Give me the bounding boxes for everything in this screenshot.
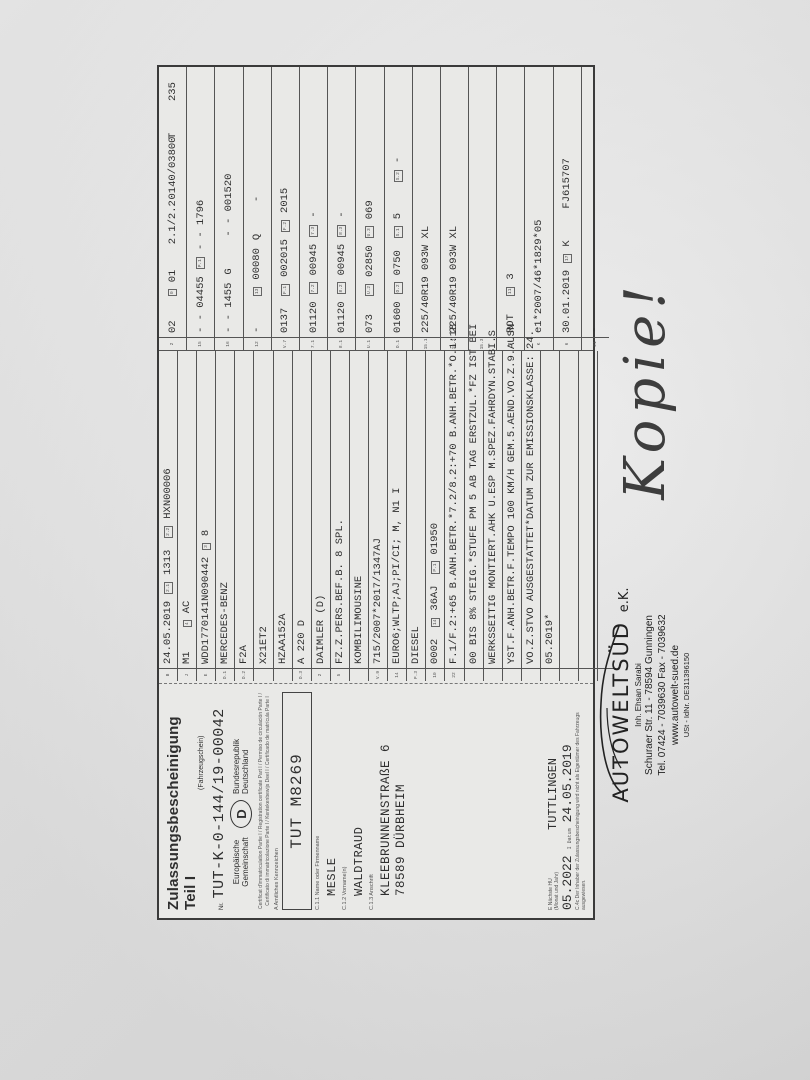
country-row: Europäische Gemeinschaft D Bundesrepubli… <box>230 692 252 890</box>
table-row: EWDD1770141N09044238 <box>197 351 216 681</box>
subfield-code: U.3 <box>365 226 374 238</box>
field-value: - <box>244 168 271 206</box>
dealer-website: www.autowelt-sued.de <box>670 570 682 820</box>
subfield-code: 7.2 <box>309 282 318 294</box>
field-code <box>254 668 272 681</box>
field-code: 15.3 <box>469 337 496 350</box>
document-header-panel: Zulassungsbescheinigung Teil I (Fahrzeug… <box>159 683 593 918</box>
subfield-code: 0 <box>168 289 177 296</box>
field-code: D.1 <box>216 668 234 681</box>
field-value: 01600 <box>385 297 412 337</box>
field-value: 2.1/2.2 <box>159 204 186 249</box>
subfield-code: 2.2 <box>164 526 173 538</box>
table-row: 15.1225/40R19 093W XL <box>413 67 441 350</box>
subfield-code: 17 <box>563 254 572 263</box>
dealer-phone: Tel. 07424 - 7039630 Fax - 7039632 <box>657 570 669 820</box>
field-value: 30.01.2019 <box>554 266 581 337</box>
field-code: V.9 <box>369 668 387 681</box>
holder-first-name-label: C.1.2 Vorname(n) <box>342 692 348 910</box>
field-value: 02 <box>159 299 186 337</box>
field-code: 10 <box>426 668 444 681</box>
table-row: X21ET2 <box>254 351 273 681</box>
dealer-suffix: e.K. <box>617 587 632 612</box>
document-number-label: Nr. <box>219 902 225 910</box>
field-value: 0750 <box>385 241 412 279</box>
handwritten-copy-note: Kopie! <box>590 255 700 525</box>
field-value: F2A <box>235 641 253 668</box>
field-value: 3 <box>497 246 524 284</box>
field-value: A 220 D <box>293 616 311 668</box>
subfield-code: 8.3 <box>337 225 346 237</box>
registration-certificate: Zulassungsbescheinigung Teil I (Fahrzeug… <box>157 65 595 920</box>
field-value: X21ET2 <box>254 622 272 668</box>
subfield-code: U.2 <box>365 284 374 296</box>
dealer-address: Schuraer Str. 11 - 78594 Gunningen <box>644 570 656 820</box>
inspection-issue-block: E Nächste HU (Monat und Jahr) TUTTLINGEN… <box>546 692 587 910</box>
table-row: 2020012.1/2.20140/03800T235 <box>159 67 187 350</box>
field-code: 22 <box>445 668 463 681</box>
table-row: B24.05.20192.113132.2HXN00006 <box>159 351 178 681</box>
field-code <box>560 668 578 681</box>
multilingual-fineprint: Certificat d'immatriculation Partie I / … <box>258 692 271 910</box>
vehicle-table-left: B24.05.20192.113132.2HXN00006JM14ACEWDD1… <box>159 350 593 681</box>
field-code <box>465 668 483 681</box>
handwriting-text: Kopie! <box>590 255 700 525</box>
table-row: 00 BIS 8% STEIG.*STUFE PM 5 AB TAG ERSTZ… <box>465 351 484 681</box>
field-value: DIESEL <box>407 622 425 668</box>
field-value: YST.F.ANH.BETR.F.TEMPO 100 KM/H GEM.5.AE… <box>503 320 521 668</box>
subfield-code: 2.1 <box>164 582 173 594</box>
field-value: 24.05.2019 <box>159 597 177 668</box>
holder-first-name: WALDTRAUD <box>352 692 366 896</box>
table-row: 7.1011207.2009457.3- <box>300 67 328 350</box>
field-value: e1*2007/46*1829*05 <box>525 216 552 337</box>
table-row <box>560 351 579 681</box>
field-value: HZAA152A <box>274 610 292 668</box>
field-value: - - 04455 <box>187 272 214 337</box>
table-row: 22F.1/F.2:+65 B.ANH.BETR.*7.2/8.2:+70 B.… <box>445 351 464 681</box>
field-value: - - 1455 <box>215 279 242 337</box>
holder-name: MESLE <box>325 692 339 896</box>
table-row: RROT113 <box>497 67 525 350</box>
document-number-row: Nr. TUT-K-0-144/19-00042 <box>211 692 228 910</box>
subfield-code: 4 <box>183 620 192 627</box>
subfield-code: 8.2 <box>337 282 346 294</box>
field-code: D.3 <box>293 668 311 681</box>
table-row: KOMBILIMOUSINE <box>350 351 369 681</box>
eu-label: Europäische Gemeinschaft <box>232 834 250 890</box>
field-value: WERKSSEITIG MONTIERT.AHK U.ESP M.SPEZ.FA… <box>484 326 502 668</box>
table-row: V.70137F.1002015F.22015 <box>272 67 300 350</box>
field-value: M1 <box>178 630 196 668</box>
dealer-vat-id: USt - IdNr. DE311396150 <box>682 570 691 820</box>
field-value: AC <box>178 579 196 617</box>
table-row: 16- - 1455G- - 001520 <box>215 67 243 350</box>
field-value: 225/40R19 093W XL <box>441 222 468 337</box>
table-row: WERKSSEITIG MONTIERT.AHK U.ESP M.SPEZ.FA… <box>484 351 503 681</box>
field-code: R <box>497 337 524 350</box>
field-code: B <box>159 668 177 681</box>
field-value: 00080 <box>244 244 271 284</box>
field-value: 235 <box>159 67 186 105</box>
table-row: D.1MERCEDES-BENZ <box>216 351 235 681</box>
field-code: 7.1 <box>300 337 327 350</box>
field-value: 715/2007*2017/1347AJ <box>369 534 387 668</box>
field-value: 2015 <box>272 179 299 217</box>
field-code <box>541 668 559 681</box>
field-value: 36AJ <box>426 577 444 615</box>
table-row: U.1073U.202850U.3069 <box>356 67 384 350</box>
table-row: 15- - 04455P.1- - 1796 <box>187 67 215 350</box>
field-code: 8.1 <box>328 337 355 350</box>
field-value: 069 <box>356 185 383 223</box>
field-code: P.3 <box>407 668 425 681</box>
field-value: 0137 <box>272 299 299 337</box>
field-value: G <box>215 241 242 279</box>
subfield-code: S.2 <box>394 170 403 182</box>
table-row: V.9715/2007*2017/1347AJ <box>369 351 388 681</box>
field-value: Q <box>244 206 271 244</box>
subfield-code: O.2 <box>394 282 403 294</box>
holder-street: KLEEBRUNNENSTRAßE 6 <box>379 692 393 896</box>
field-value <box>469 329 496 337</box>
field-value: EURO6;WLTP;AJ;PI/CI; M, N1 I <box>388 484 406 668</box>
holder-ownership-note: C.4c Der Inhaber der Zulassungsbescheini… <box>575 692 587 910</box>
field-value: 01 <box>159 248 186 286</box>
table-row: 15.2225/40R19 093W XL <box>441 67 469 350</box>
field-code <box>522 668 540 681</box>
plate-label: A Amtliches Kennzeichen <box>274 692 280 910</box>
field-value: - <box>385 129 412 167</box>
table-row: YST.F.ANH.BETR.F.TEMPO 100 KM/H GEM.5.AE… <box>503 351 522 681</box>
field-value: 8 <box>197 502 215 540</box>
next-inspection-label: E Nächste HU (Monat und Jahr) <box>548 870 560 910</box>
table-row: 2DAIMLER (D) <box>312 351 331 681</box>
field-value: F.1/F.2:+65 B.ANH.BETR.*7.2/8.2:+70 B.AN… <box>445 320 463 668</box>
registration-document-wrapper: Zulassungsbescheinigung Teil I (Fahrzeug… <box>157 65 595 920</box>
field-code <box>350 668 368 681</box>
field-code: D.2 <box>235 668 253 681</box>
holder-address-label: C.1.3 Anschrift <box>369 692 375 910</box>
field-value: 00 BIS 8% STEIG.*STUFE PM 5 AB TAG ERSTZ… <box>465 320 483 668</box>
table-row: Ke1*2007/46*1829*05 <box>525 67 553 350</box>
license-plate: TUT M8269 <box>282 692 312 910</box>
field-value: 5 <box>385 185 412 223</box>
field-code: K <box>525 337 552 350</box>
field-code: 2 <box>312 668 330 681</box>
field-code <box>503 668 521 681</box>
field-code: 15.1 <box>413 337 440 350</box>
car-silhouette-icon <box>597 618 623 798</box>
field-code: V.7 <box>272 337 299 350</box>
field-code: 15.2 <box>441 337 468 350</box>
issue-date: 24.05.2019 <box>560 744 575 822</box>
vehicle-table-right: 2020012.1/2.20140/03800T23515- - 04455P.… <box>159 67 593 350</box>
field-code: U.1 <box>356 337 383 350</box>
field-value: HXN00006 <box>159 464 177 522</box>
subfield-code: 3 <box>202 543 211 550</box>
issuing-authority: TUTTLINGEN <box>546 758 560 830</box>
field-value: 00945 <box>300 240 327 280</box>
table-row: 15.3 <box>469 67 497 350</box>
subfield-code: S.1 <box>394 226 403 238</box>
field-code: 16 <box>215 337 242 350</box>
subfield-code: P.1 <box>196 257 205 269</box>
table-row: 14EURO6;WLTP;AJ;PI/CI; M, N1 I <box>388 351 407 681</box>
field-value: VO.Z.STVO AUSGESTATTET*DATUM ZUR EMISSIO… <box>522 326 540 668</box>
field-value: 1313 <box>159 541 177 579</box>
table-row: 5FZ.Z.PERS.BEF.B. 8 SPL. <box>331 351 350 681</box>
table-row: JM14AC <box>178 351 197 681</box>
dealer-stamp-content: AUTOWELTSÜD e.K. Inh. Ehsan Sarabi Schur… <box>595 570 745 820</box>
field-code <box>484 668 502 681</box>
field-value <box>560 660 578 668</box>
subfield-code: 14 <box>431 618 440 627</box>
field-value: 05.2019* <box>541 610 559 668</box>
subfield-code: 11 <box>506 287 515 296</box>
field-value: - - 1796 <box>187 196 214 254</box>
holder-city: 78589 DÜRBHEIM <box>394 692 408 896</box>
country-label: Bundesrepublik Deutschland <box>232 724 250 794</box>
field-code: 6 <box>554 337 581 350</box>
field-code: 14 <box>388 668 406 681</box>
field-value: 073 <box>356 299 383 337</box>
field-value: 0002 <box>426 630 444 668</box>
document-subtitle: (Fahrzeugschein) <box>198 692 205 790</box>
field-value: ROT <box>497 299 524 337</box>
field-code <box>274 668 292 681</box>
field-code: 12 <box>244 337 271 350</box>
field-value: - <box>328 184 355 222</box>
field-value: WDD1770141N090442 <box>197 553 215 668</box>
table-row: P.3DIESEL <box>407 351 426 681</box>
table-row: O.101600O.20750S.15S.2- <box>385 67 413 350</box>
dealer-owner: Inh. Ehsan Sarabi <box>634 570 643 820</box>
document-title: Zulassungsbescheinigung Teil I <box>165 692 199 910</box>
field-value: 225/40R19 093W XL <box>413 222 440 337</box>
table-row: 05.2019* <box>541 351 560 681</box>
table-row: 1000021436AJP.101950 <box>426 351 445 681</box>
field-value: 0140/03800 <box>159 143 186 204</box>
field-value: FJ615707 <box>554 154 581 212</box>
field-value: 00945 <box>328 240 355 280</box>
field-value: DAIMLER (D) <box>312 591 330 668</box>
field-value: 01120 <box>300 297 327 337</box>
field-code: 15 <box>187 337 214 350</box>
dealer-stamp: AUTOWELTSÜD e.K. Inh. Ehsan Sarabi Schur… <box>595 570 745 820</box>
field-value: K <box>554 213 581 251</box>
subfield-code: 7.3 <box>309 225 318 237</box>
field-value: - <box>300 184 327 222</box>
table-row: HZAA152A <box>274 351 293 681</box>
field-value: 02850 <box>356 241 383 281</box>
field-value: 01950 <box>426 519 444 559</box>
field-value: 01120 <box>328 297 355 337</box>
country-code-badge: D <box>230 800 252 828</box>
subfield-code: 13 <box>253 287 262 296</box>
table-row: 630.01.201917KFJ615707 <box>554 67 582 350</box>
subfield-code: F.2 <box>281 220 290 232</box>
field-code: E <box>197 668 215 681</box>
table-row: VO.Z.STVO AUSGESTATTET*DATUM ZUR EMISSIO… <box>522 351 541 681</box>
field-code: J <box>178 668 196 681</box>
field-code: 5 <box>331 668 349 681</box>
field-value: - <box>244 299 271 337</box>
table-row: 8.1011208.2009458.3- <box>328 67 356 350</box>
table-row: D.3A 220 D <box>293 351 312 681</box>
field-value: FZ.Z.PERS.BEF.B. 8 SPL. <box>331 515 349 668</box>
table-row: D.2F2A <box>235 351 254 681</box>
document-number: TUT-K-0-144/19-00042 <box>211 708 228 898</box>
subfield-code: F.1 <box>281 284 290 296</box>
vehicle-data-table: B24.05.20192.113132.2HXN00006JM14ACEWDD1… <box>159 67 593 681</box>
field-value: MERCEDES-BENZ <box>216 578 234 668</box>
field-code: 2 <box>159 337 186 350</box>
field-value: - - 001520 <box>215 170 242 241</box>
table-row: 12-1300080Q- <box>244 67 272 350</box>
issue-date-label: I Datum <box>567 828 573 849</box>
field-code: O.1 <box>385 337 412 350</box>
field-value: KOMBILIMOUSINE <box>350 572 368 668</box>
field-value: 002015 <box>272 235 299 281</box>
field-value: T <box>159 105 186 143</box>
subfield-code: P.1 <box>431 561 440 573</box>
holder-name-label: C.1.1 Name oder Firmenname <box>315 692 321 910</box>
dates-line: 05.2022 I Datum 24.05.2019 <box>560 692 575 910</box>
next-inspection: 05.2022 <box>560 855 575 910</box>
